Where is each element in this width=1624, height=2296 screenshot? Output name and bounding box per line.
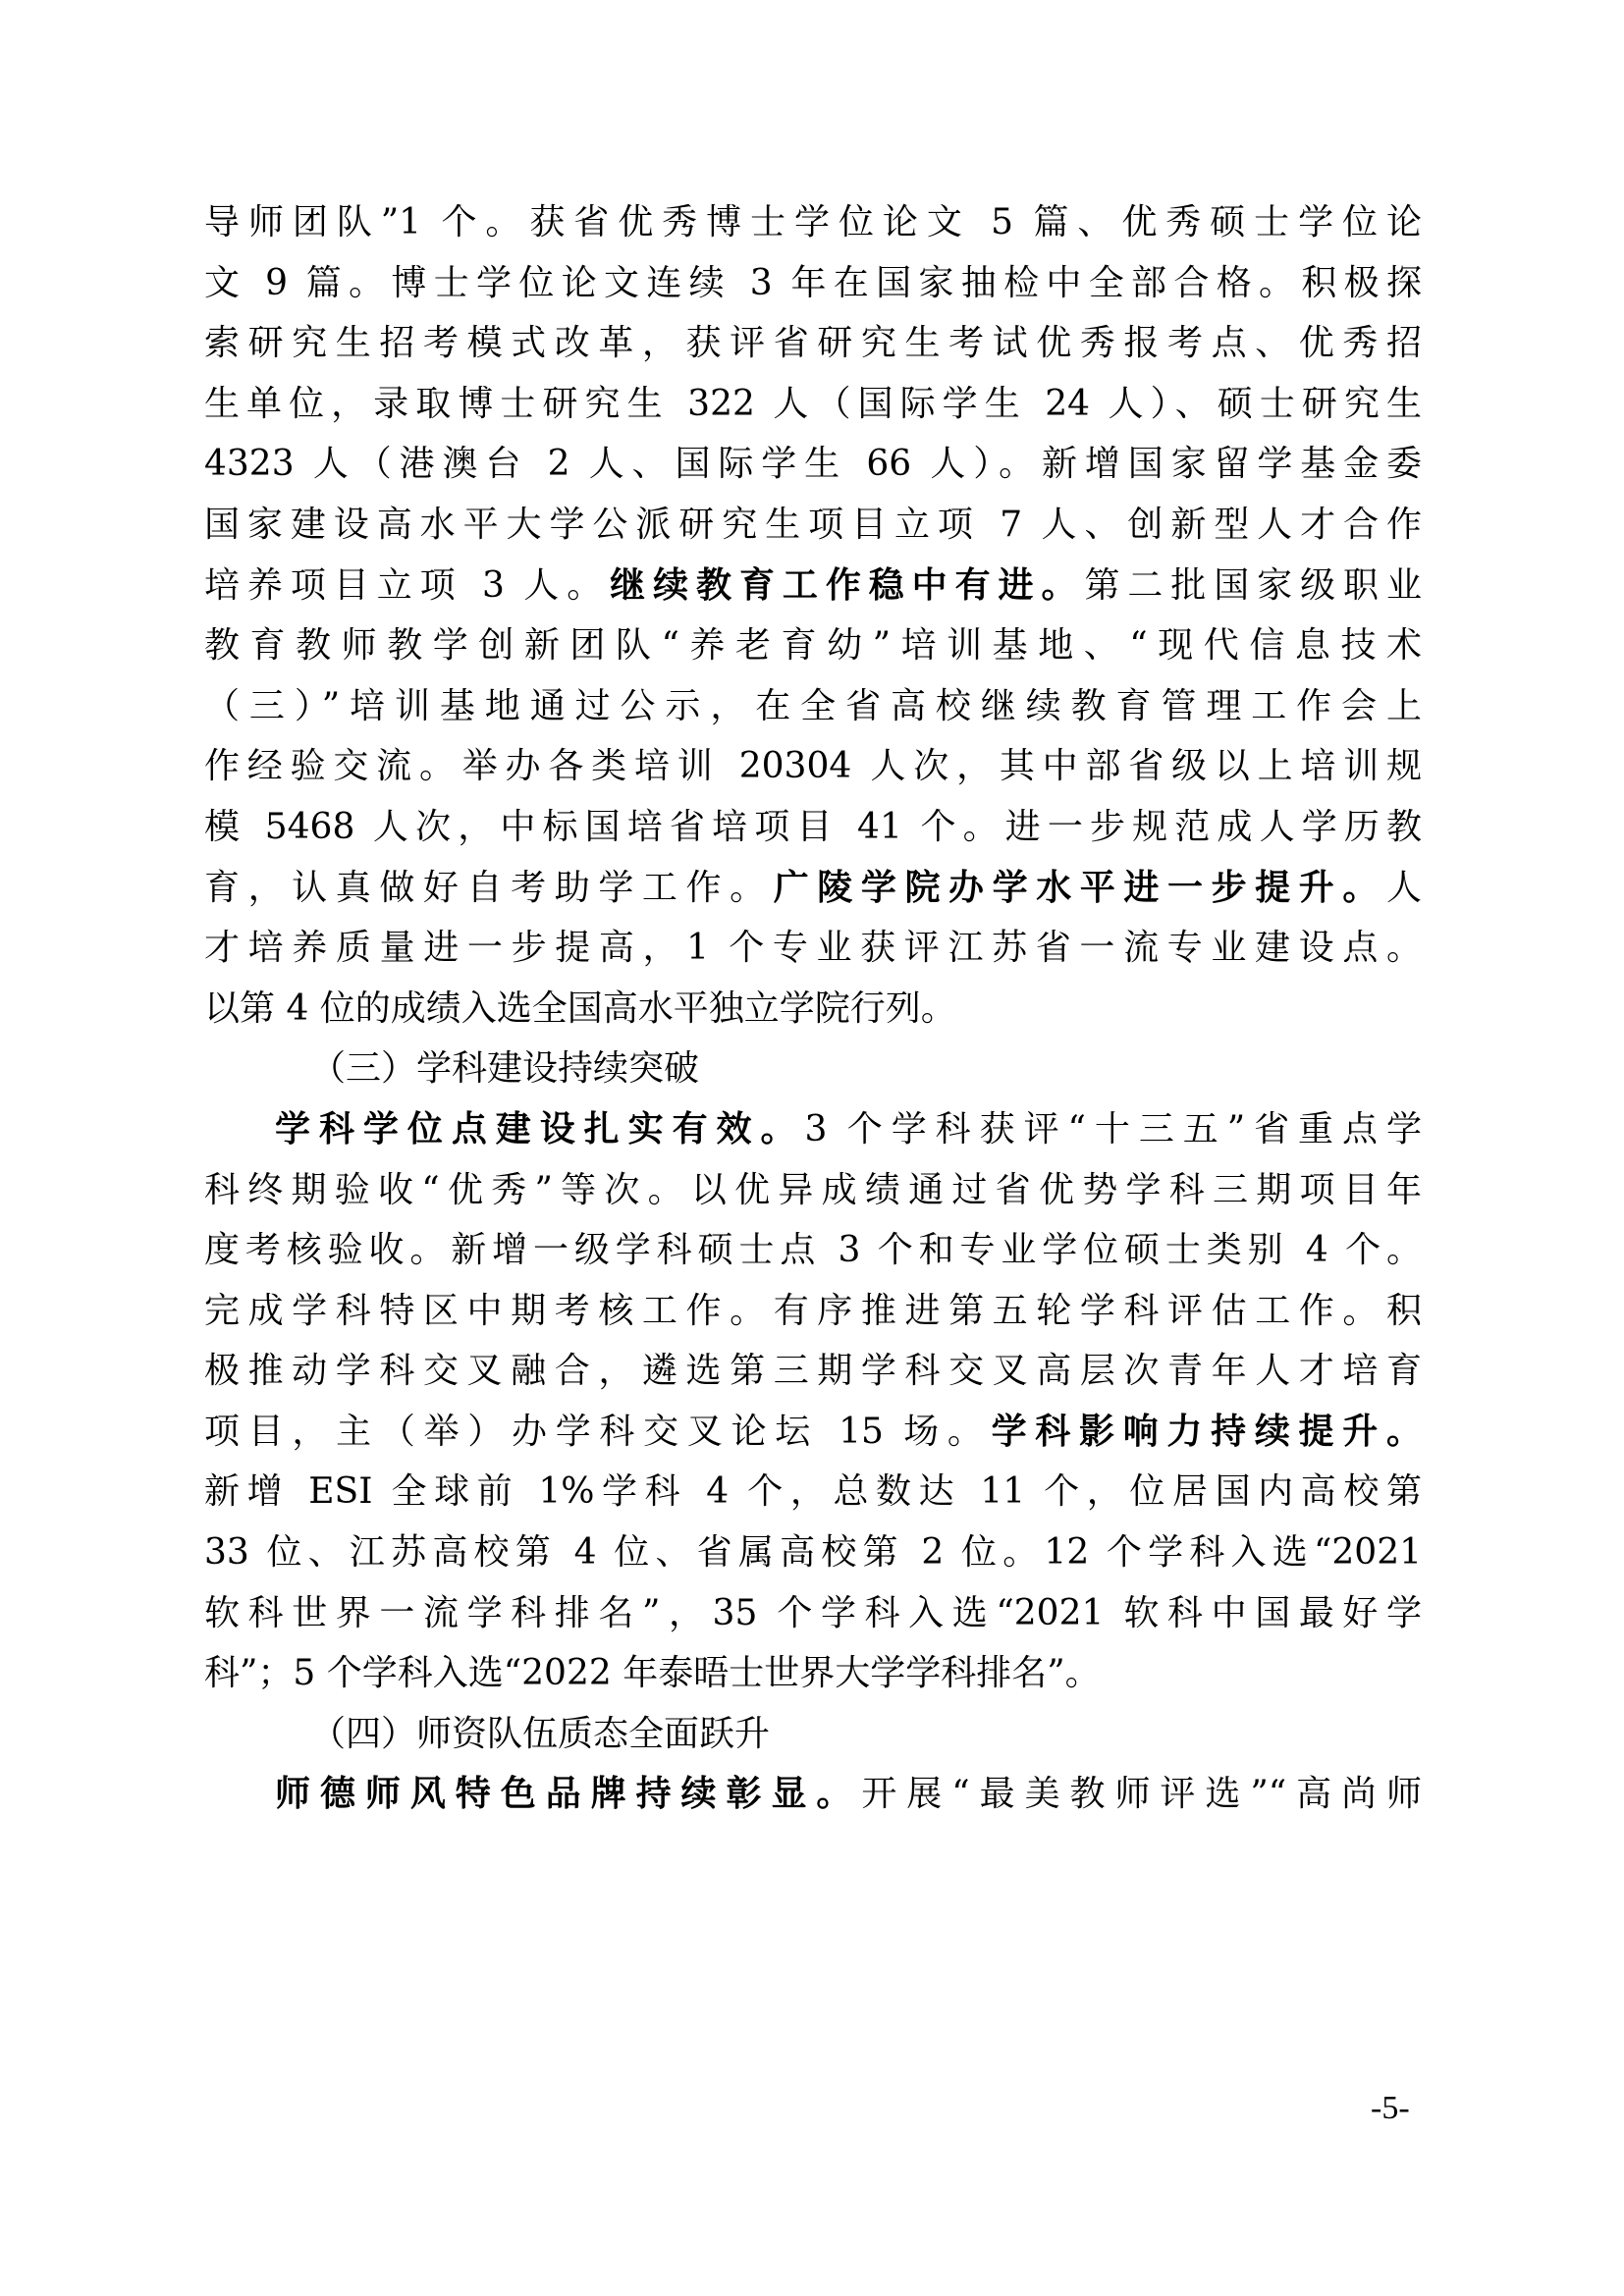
- text-segment: 才培养质量进一步提高，1 个专业获评江苏省一流专业建设点。: [204, 928, 1422, 968]
- text-segment: 培养项目立项 3 人。: [204, 565, 610, 606]
- bold-lead-degree-points: 学科学位点建设扎实有效。: [275, 1108, 804, 1149]
- text-segment: 文 9 篇。博士学位论文连续 3 年在国家抽检中全部合格。积极探: [204, 263, 1422, 303]
- text-line: 项目，主（举）办学科交叉论坛 15 场。学科影响力持续提升。: [204, 1402, 1422, 1463]
- bold-lead-continuing-education: 继续教育工作稳中有进。: [610, 564, 1084, 606]
- document-page: 导师团队”1 个。获省优秀博士学位论文 5 篇、优秀硕士学位论 文 9 篇。博士…: [204, 192, 1422, 1825]
- text-segment: 索研究生招考模式改革，获评省研究生考试优秀报考点、优秀招: [204, 323, 1422, 363]
- text-line: 度考核验收。新增一级学科硕士点 3 个和专业学位硕士类别 4 个。: [204, 1220, 1422, 1281]
- text-line: 极推动学科交叉融合，遴选第三期学科交叉高层次青年人才培育: [204, 1341, 1422, 1402]
- text-segment: 度考核验收。新增一级学科硕士点 3 个和专业学位硕士类别 4 个。: [204, 1230, 1422, 1270]
- text-line: 文 9 篇。博士学位论文连续 3 年在国家抽检中全部合格。积极探: [204, 253, 1422, 314]
- text-line: （三）”培训基地通过公示，在全省高校继续教育管理工作会上: [204, 676, 1422, 737]
- text-segment: 育，认真做好自考助学工作。: [204, 868, 774, 908]
- text-line: 学科学位点建设扎实有效。3 个学科获评“十三五”省重点学: [204, 1099, 1422, 1160]
- text-line: 育，认真做好自考助学工作。广陵学院办学水平进一步提升。人: [204, 858, 1422, 919]
- bold-lead-teacher-ethics: 师德师风特色品牌持续彰显。: [275, 1773, 861, 1814]
- text-segment: （三）”培训基地通过公示，在全省高校继续教育管理工作会上: [204, 686, 1422, 726]
- text-segment: 作经验交流。举办各类培训 20304 人次，其中部省级以上培训规: [204, 746, 1422, 786]
- text-segment: 完成学科特区中期考核工作。有序推进第五轮学科评估工作。积: [204, 1291, 1422, 1331]
- text-segment: 33 位、江苏高校第 4 位、省属高校第 2 位。12 个学科入选“2021: [204, 1532, 1422, 1573]
- text-segment: 模 5468 人次，中标国培省培项目 41 个。进一步规范成人学历教: [204, 807, 1422, 847]
- text-segment: 极推动学科交叉融合，遴选第三期学科交叉高层次青年人才培育: [204, 1351, 1422, 1391]
- text-segment: 新增 ESI 全球前 1%学科 4 个，总数达 11 个，位居国内高校第: [204, 1471, 1422, 1512]
- text-segment: 生单位，录取博士研究生 322 人（国际学生 24 人）、硕士研究生: [204, 384, 1422, 424]
- text-segment: 国家建设高水平大学公派研究生项目立项 7 人、创新型人才合作: [204, 505, 1422, 545]
- text-line: 教育教师教学创新团队“养老育幼”培训基地、“现代信息技术: [204, 615, 1422, 676]
- text-line: 导师团队”1 个。获省优秀博士学位论文 5 篇、优秀硕士学位论: [204, 192, 1422, 253]
- text-line: 以第 4 位的成绩入选全国高水平独立学院行列。: [204, 979, 1422, 1040]
- bold-lead-guangling-college: 广陵学院办学水平进一步提升。: [774, 867, 1386, 908]
- text-segment: 教育教师教学创新团队“养老育幼”培训基地、“现代信息技术: [204, 625, 1422, 666]
- text-segment: 第二批国家级职业: [1084, 565, 1422, 606]
- text-line: 才培养质量进一步提高，1 个专业获评江苏省一流专业建设点。: [204, 918, 1422, 979]
- section-heading-discipline-construction: （三）学科建设持续突破: [204, 1039, 1422, 1099]
- text-line: 生单位，录取博士研究生 322 人（国际学生 24 人）、硕士研究生: [204, 374, 1422, 435]
- text-segment: 导师团队”1 个。获省优秀博士学位论文 5 篇、优秀硕士学位论: [204, 202, 1422, 242]
- text-line: 师德师风特色品牌持续彰显。开展“最美教师评选”“高尚师: [204, 1764, 1422, 1825]
- text-line: 索研究生招考模式改革，获评省研究生考试优秀报考点、优秀招: [204, 313, 1422, 374]
- section-heading-faculty: （四）师资队伍质态全面跃升: [204, 1704, 1422, 1765]
- page-number: -5-: [1371, 2089, 1410, 2128]
- text-segment: 项目，主（举）办学科交叉论坛 15 场。: [204, 1412, 992, 1452]
- text-line: 作经验交流。举办各类培训 20304 人次，其中部省级以上培训规: [204, 736, 1422, 797]
- bold-lead-discipline-influence: 学科影响力持续提升。: [992, 1411, 1422, 1452]
- text-segment: 4323 人（港澳台 2 人、国际学生 66 人）。新增国家留学基金委: [204, 444, 1422, 484]
- text-line: 科”；5 个学科入选“2022 年泰晤士世界大学学科排名”。: [204, 1643, 1422, 1704]
- text-line: 完成学科特区中期考核工作。有序推进第五轮学科评估工作。积: [204, 1281, 1422, 1342]
- text-segment: 科”；5 个学科入选“2022 年泰晤士世界大学学科排名”。: [204, 1653, 1101, 1693]
- text-line: 科终期验收“优秀”等次。以优异成绩通过省优势学科三期项目年: [204, 1160, 1422, 1221]
- text-segment: 3 个学科获评“十三五”省重点学: [804, 1109, 1422, 1149]
- text-line: 33 位、江苏高校第 4 位、省属高校第 2 位。12 个学科入选“2021: [204, 1522, 1422, 1583]
- text-line: 模 5468 人次，中标国培省培项目 41 个。进一步规范成人学历教: [204, 797, 1422, 858]
- text-segment: 人: [1386, 868, 1422, 908]
- text-line: 国家建设高水平大学公派研究生项目立项 7 人、创新型人才合作: [204, 495, 1422, 556]
- text-segment: 开展“最美教师评选”“高尚师: [861, 1774, 1422, 1814]
- text-line: 培养项目立项 3 人。继续教育工作稳中有进。第二批国家级职业: [204, 556, 1422, 616]
- text-line: 4323 人（港澳台 2 人、国际学生 66 人）。新增国家留学基金委: [204, 434, 1422, 495]
- text-line: 新增 ESI 全球前 1%学科 4 个，总数达 11 个，位居国内高校第: [204, 1462, 1422, 1522]
- text-line: 软科世界一流学科排名”，35 个学科入选“2021 软科中国最好学: [204, 1583, 1422, 1644]
- text-segment: 以第 4 位的成绩入选全国高水平独立学院行列。: [204, 988, 956, 1029]
- text-segment: 科终期验收“优秀”等次。以优异成绩通过省优势学科三期项目年: [204, 1170, 1422, 1210]
- text-segment: 软科世界一流学科排名”，35 个学科入选“2021 软科中国最好学: [204, 1593, 1422, 1633]
